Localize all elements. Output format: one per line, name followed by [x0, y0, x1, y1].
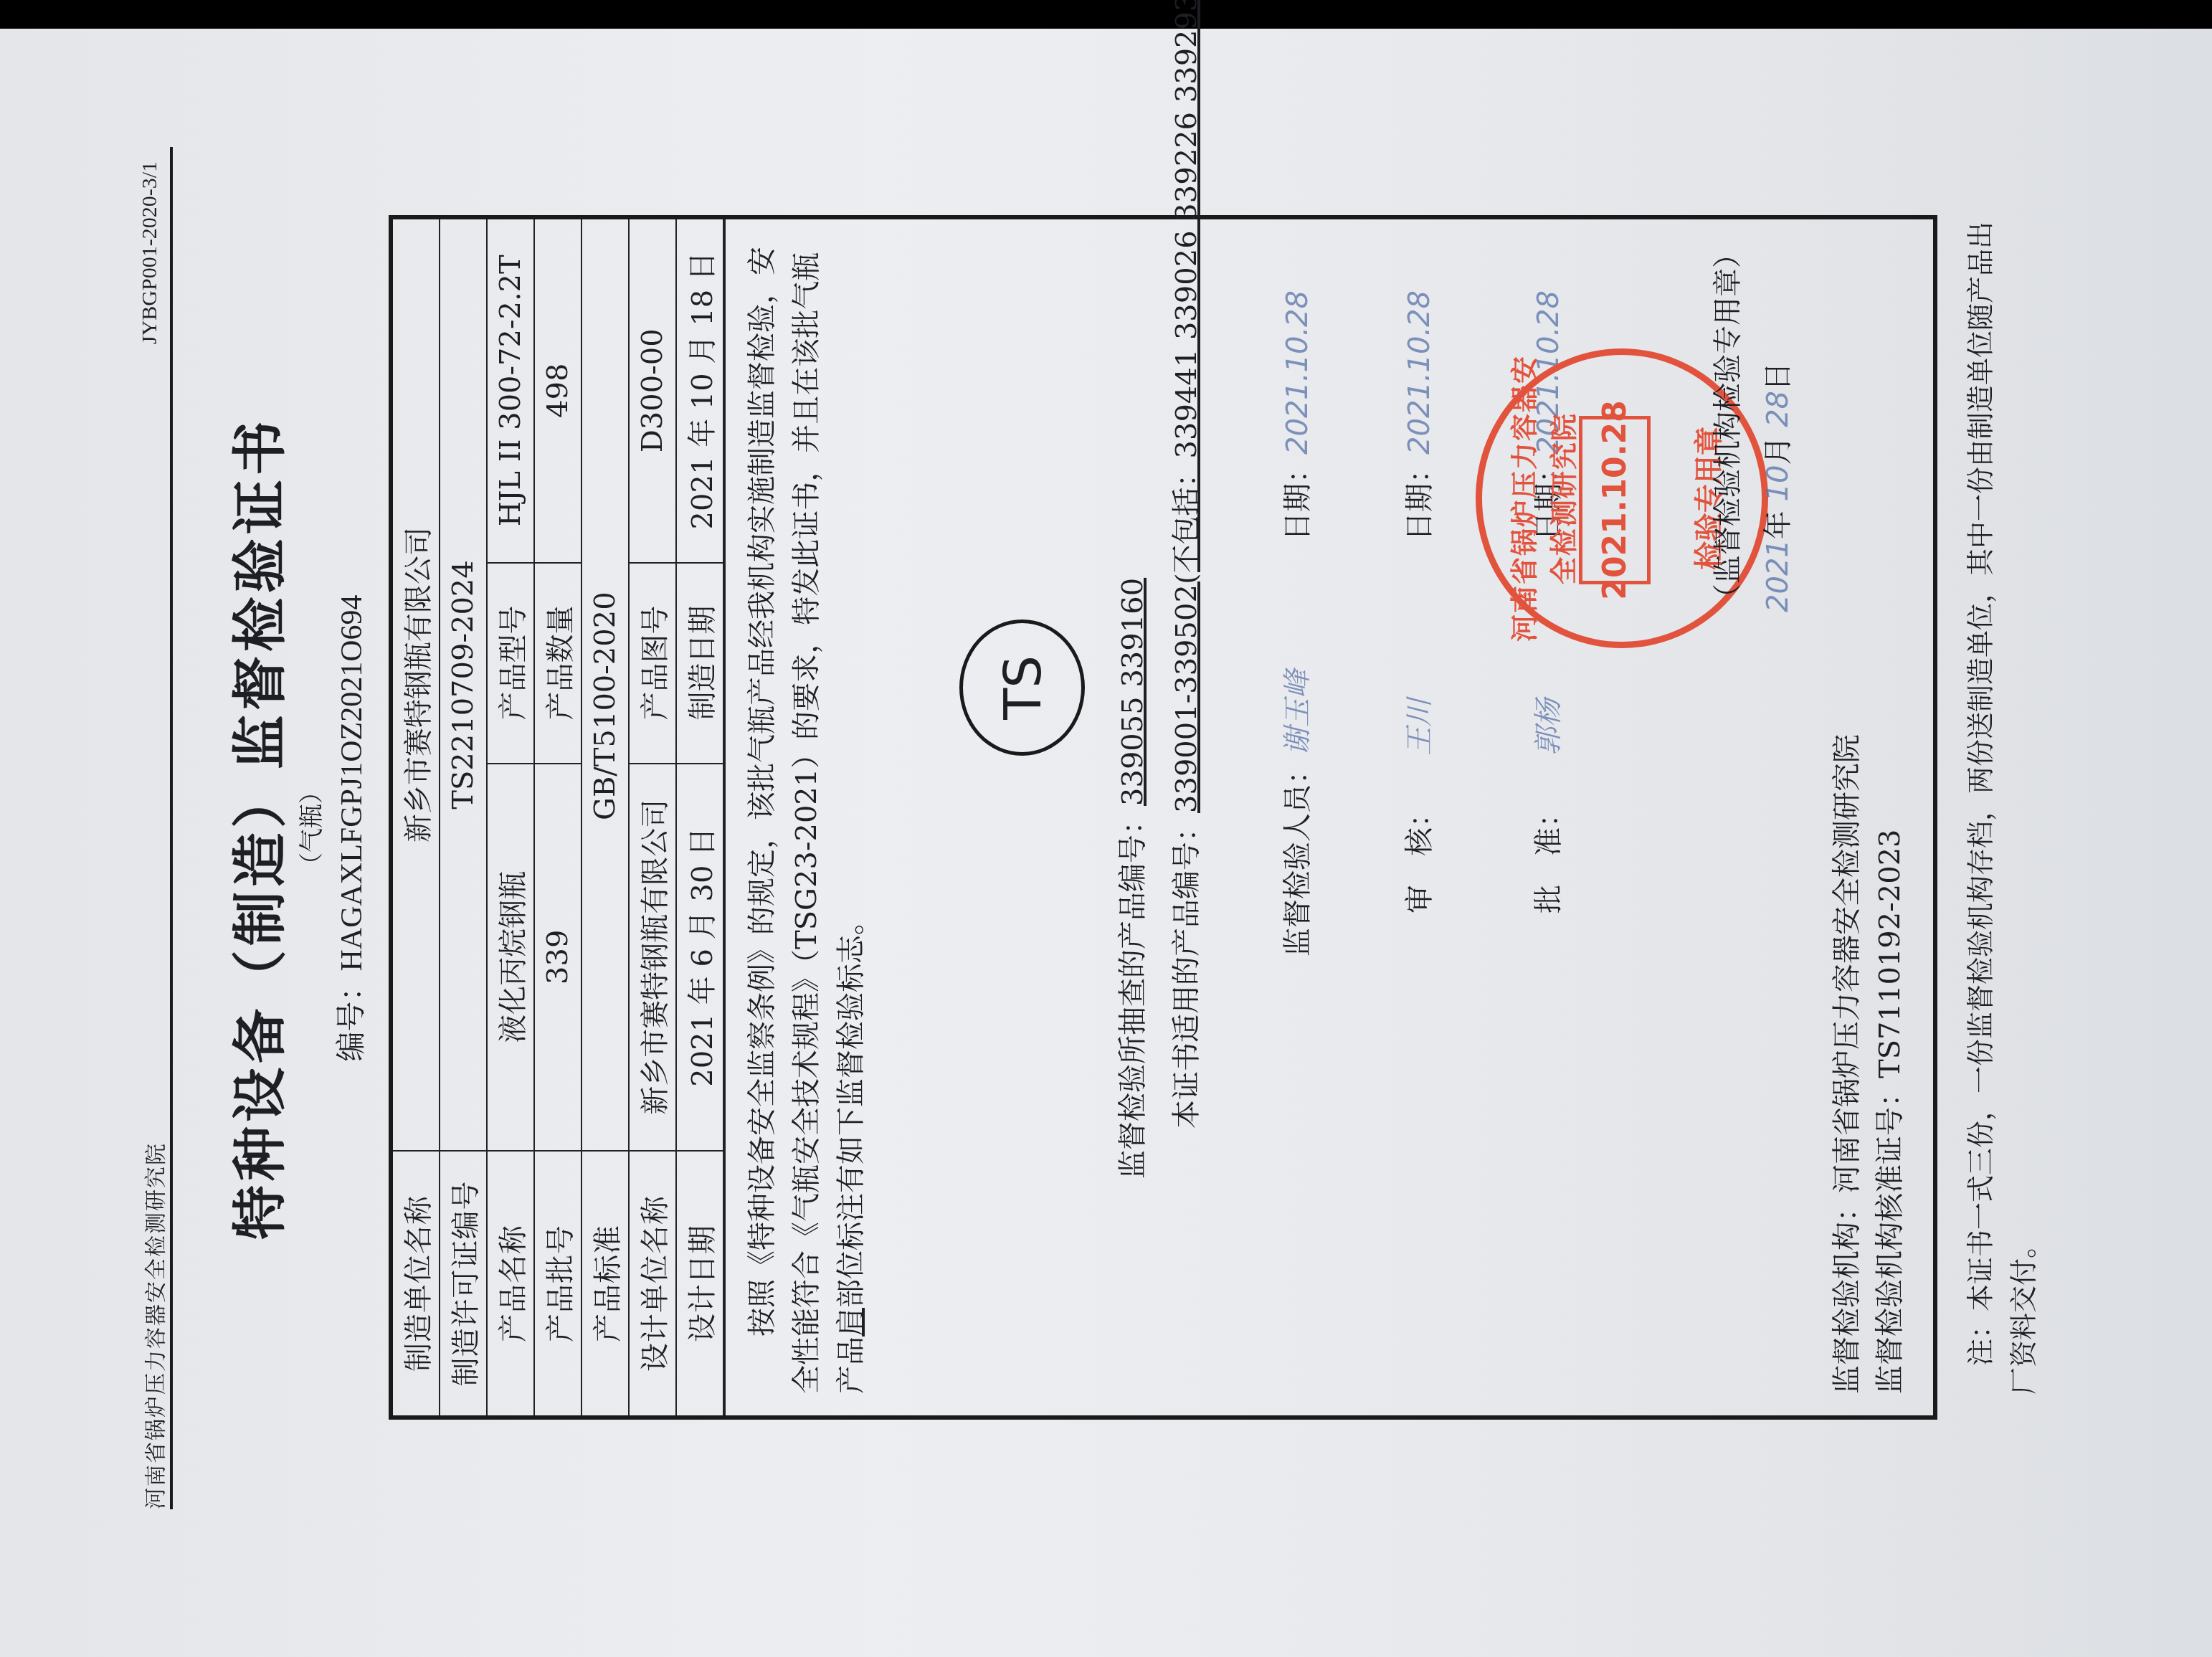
org-value: 河南省锅炉压力容器安全检测研究院	[1831, 734, 1864, 1193]
seal-month: 10	[1762, 465, 1795, 502]
certificate-number-label: 编号：	[333, 972, 369, 1062]
inspector-date-value: 2021.10.28	[1281, 290, 1314, 455]
product-standard-label: 产品标准	[582, 1151, 629, 1415]
ts-mark-icon: TS	[959, 619, 1085, 756]
header-organization: 河南省锅炉压力容器安全检测研究院	[138, 1142, 169, 1509]
seal-date-line: 2021年 10月 28日	[1755, 362, 1796, 612]
statement-paragraph: 按照《特种设备安全监察条例》的规定，该批气瓶产品经我机构实施制造监督检验，安全性…	[724, 219, 873, 1415]
quantity-label: 产品数量	[534, 563, 582, 764]
drawing-number-value: D300-00	[629, 219, 676, 563]
certificate-title: 特种设备（制造）监督检验证书	[217, 61, 295, 1595]
inspector-date: 日期：2021.10.28	[1275, 290, 1316, 541]
applicable-products-label: 本证书适用的产品编号：	[1170, 813, 1203, 1129]
design-date-label: 设计日期	[676, 1151, 723, 1415]
sampled-products-label: 监督检验所抽查的产品编号：	[1116, 806, 1149, 1179]
product-model-value: HJL II 300-72-2.2T	[487, 219, 534, 563]
table-row: 制造单位名称 新乡市赛特钢瓶有限公司	[393, 219, 440, 1415]
month-suffix: 月	[1762, 437, 1795, 465]
reviewer-date-value: 2021.10.28	[1403, 290, 1436, 455]
day-suffix: 日	[1762, 362, 1795, 391]
table-row: 产品名称 液化丙烷钢瓶 产品型号 HJL II 300-72-2.2T	[487, 219, 534, 1415]
certificate-document: 河南省锅炉压力容器安全检测研究院 JYBGP001-2020-3/1 特种设备（…	[73, 61, 2138, 1595]
date-label: 日期：	[1281, 455, 1314, 541]
marking-position: 肩	[835, 1308, 868, 1336]
statement-text-end: 部位标注有如下监督检验标志。	[835, 906, 868, 1308]
table-row: 产品批号 339 产品数量 498	[534, 219, 582, 1415]
product-name-value: 液化丙烷钢瓶	[487, 764, 534, 1151]
date-label: 日期：	[1403, 455, 1436, 541]
design-date-value: 2021 年 6 月 30 日	[676, 764, 723, 1151]
footnote: 注：本证书一式三份，一份监督检验机构存档，两份送制造单位，其中一份由制造单位随产…	[1959, 215, 2045, 1395]
certificate-number-value: HAGAXLFGPJ1OZ2021O694	[336, 594, 369, 971]
designer-value: 新乡市赛特钢瓶有限公司	[629, 764, 676, 1151]
seal-usage-text: （监督检验机构检验专用章）	[1705, 239, 1746, 612]
form-code: JYBGP001-2020-3/1	[138, 161, 162, 344]
sampled-products: 监督检验所抽查的产品编号：339055 339160	[1110, 578, 1151, 1179]
approver-label: 批 准：	[1526, 799, 1567, 913]
inspection-organization: 监督检验机构：河南省锅炉压力容器安全检测研究院 监督检验机构核准证号：TS711…	[1826, 734, 1912, 1394]
applicable-products: 本证书适用的产品编号：339001-339502(不包括：339441 3390…	[1164, 0, 1205, 1129]
product-model-label: 产品型号	[487, 563, 534, 764]
info-table: 制造单位名称 新乡市赛特钢瓶有限公司 制造许可证编号 TS2210709-202…	[393, 219, 724, 1415]
batch-number-value: 339	[534, 764, 582, 1151]
certificate-number: 编号：HAGAXLFGPJ1OZ2021O694	[328, 61, 371, 1595]
license-number-value: TS2210709-2024	[440, 219, 487, 1151]
table-row: 设计单位名称 新乡市赛特钢瓶有限公司 产品图号 D300-00	[629, 219, 676, 1415]
table-row: 制造许可证编号 TS2210709-2024	[440, 219, 487, 1415]
seal-year: 2021	[1762, 539, 1795, 612]
approval-value: TS7110192-2023	[1874, 829, 1907, 1078]
applicable-products-value: 339001-339502(不包括：339441 339026 339226 3…	[1170, 0, 1203, 813]
sampled-products-value: 339055 339160	[1116, 578, 1149, 806]
product-name-label: 产品名称	[487, 1151, 534, 1415]
org-label: 监督检验机构：	[1831, 1193, 1864, 1394]
year-suffix: 年	[1762, 511, 1795, 539]
table-row: 产品标准 GB/T5100-2020	[582, 219, 629, 1415]
certificate-subtitle: （气瓶）	[292, 61, 327, 1595]
inspector-signature: 谢玉峰	[1275, 670, 1316, 756]
certificate-frame: 制造单位名称 新乡市赛特钢瓶有限公司 制造许可证编号 TS2210709-202…	[389, 215, 1937, 1420]
designer-label: 设计单位名称	[629, 1151, 676, 1415]
drawing-number-label: 产品图号	[629, 563, 676, 764]
reviewer-signature: 王川	[1397, 698, 1438, 756]
header-divider	[170, 147, 173, 1509]
seal-ring-text: 河南省锅炉压力容器安全检测研究院	[1502, 355, 1581, 642]
seal-day: 28	[1762, 391, 1795, 427]
inspector-label: 监督检验人员：	[1275, 756, 1316, 956]
license-number-label: 制造许可证编号	[440, 1151, 487, 1415]
product-standard-value: GB/T5100-2020	[582, 219, 629, 1151]
reviewer-label: 审 核：	[1397, 799, 1438, 913]
manufacturer-value: 新乡市赛特钢瓶有限公司	[393, 219, 440, 1151]
table-row: 设计日期 2021 年 6 月 30 日 制造日期 2021 年 10 月 18…	[676, 219, 723, 1415]
manufacturer-label: 制造单位名称	[393, 1151, 440, 1415]
seal-date: 2021.10.28	[1579, 416, 1651, 584]
reviewer-date: 日期：2021.10.28	[1397, 290, 1438, 541]
ts-mark-text: TS	[992, 655, 1053, 720]
manufacture-date-value: 2021 年 10 月 18 日	[676, 219, 723, 563]
batch-number-label: 产品批号	[534, 1151, 582, 1415]
approval-label: 监督检验机构核准证号：	[1874, 1078, 1907, 1394]
quantity-value: 498	[534, 219, 582, 563]
approver-signature: 郭杨	[1526, 698, 1567, 756]
manufacture-date-label: 制造日期	[676, 563, 723, 764]
